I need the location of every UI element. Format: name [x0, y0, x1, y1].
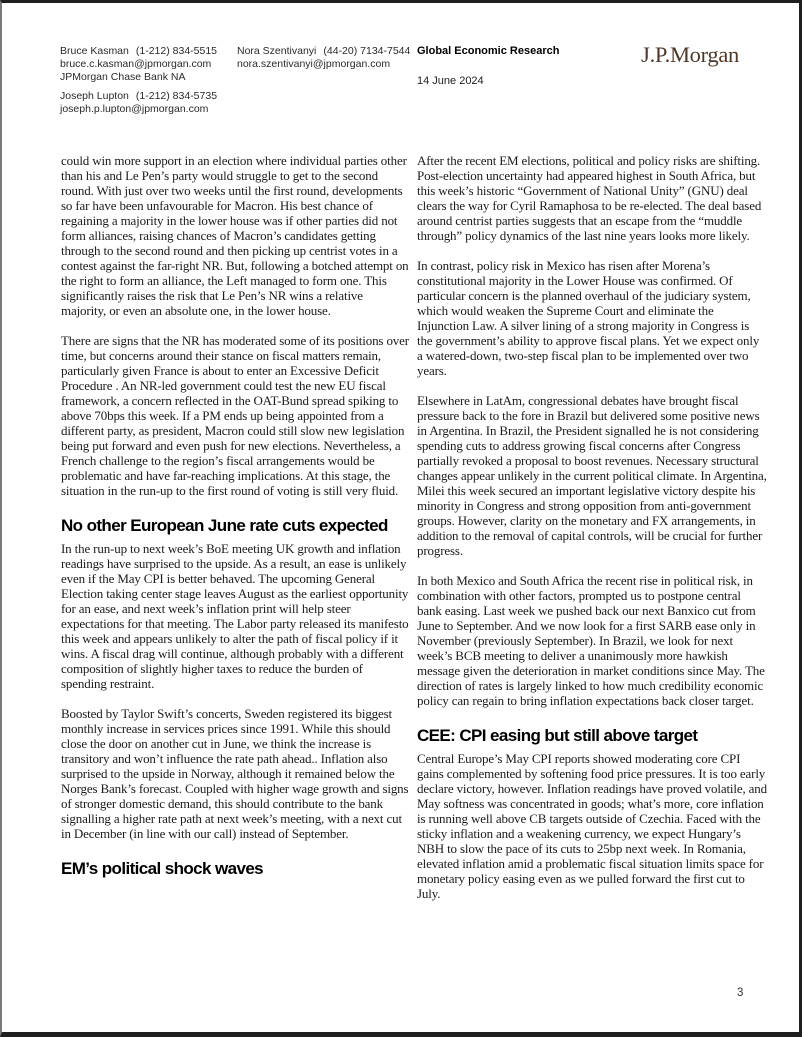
publication-date: 14 June 2024 [417, 75, 559, 88]
jpmorgan-logo: J.P.Morgan [641, 42, 739, 68]
contact-email: joseph.p.lupton@jpmorgan.com [60, 103, 217, 116]
section-heading: EM’s political shock waves [61, 861, 411, 876]
contact-name: Bruce Kasman [60, 45, 129, 57]
body-paragraph: could win more support in an election wh… [61, 153, 411, 318]
contact-phone: (1-212) 834-5735 [136, 90, 217, 102]
contact-name-phone: Nora Szentivanyi(44-20) 7134-7544 [237, 45, 410, 58]
section-heading: No other European June rate cuts expecte… [61, 518, 411, 533]
body-paragraph: There are signs that the NR has moderate… [61, 333, 411, 498]
contact-name: Nora Szentivanyi [237, 45, 316, 57]
contact-name: Joseph Lupton [60, 90, 129, 102]
report-page: Bruce Kasman(1-212) 834-5515 bruce.c.kas… [0, 0, 802, 1037]
body-paragraph: Boosted by Taylor Swift’s concerts, Swed… [61, 706, 411, 841]
publication-block: Global Economic Research 14 June 2024 [417, 45, 559, 88]
contact-email: nora.szentivanyi@jpmorgan.com [237, 58, 410, 71]
body-paragraph: In the run-up to next week’s BoE meeting… [61, 541, 411, 691]
body-paragraph: Elsewhere in LatAm, congressional debate… [417, 393, 767, 558]
contact-nora-szentivanyi: Nora Szentivanyi(44-20) 7134-7544 nora.s… [237, 45, 410, 71]
publication-title: Global Economic Research [417, 45, 559, 58]
header-contacts-column-2: Nora Szentivanyi(44-20) 7134-7544 nora.s… [237, 45, 410, 77]
contact-phone: (1-212) 834-5515 [136, 45, 217, 57]
contact-name-phone: Bruce Kasman(1-212) 834-5515 [60, 45, 217, 58]
body-column-right: After the recent EM elections, political… [417, 153, 767, 916]
body-paragraph: After the recent EM elections, political… [417, 153, 767, 243]
header-contacts-column-1: Bruce Kasman(1-212) 834-5515 bruce.c.kas… [60, 45, 217, 122]
contact-joseph-lupton: Joseph Lupton(1-212) 834-5735 joseph.p.l… [60, 90, 217, 116]
section-heading: CEE: CPI easing but still above target [417, 728, 767, 743]
body-column-left: could win more support in an election wh… [61, 153, 411, 884]
contact-name-phone: Joseph Lupton(1-212) 834-5735 [60, 90, 217, 103]
body-paragraph: In both Mexico and South Africa the rece… [417, 573, 767, 708]
contact-email: bruce.c.kasman@jpmorgan.com [60, 58, 217, 71]
contact-phone: (44-20) 7134-7544 [323, 45, 410, 57]
contact-bruce-kasman: Bruce Kasman(1-212) 834-5515 bruce.c.kas… [60, 45, 217, 84]
contact-org: JPMorgan Chase Bank NA [60, 71, 217, 84]
body-paragraph: Central Europe’s May CPI reports showed … [417, 751, 767, 901]
page-number: 3 [737, 987, 743, 999]
body-paragraph: In contrast, policy risk in Mexico has r… [417, 258, 767, 378]
